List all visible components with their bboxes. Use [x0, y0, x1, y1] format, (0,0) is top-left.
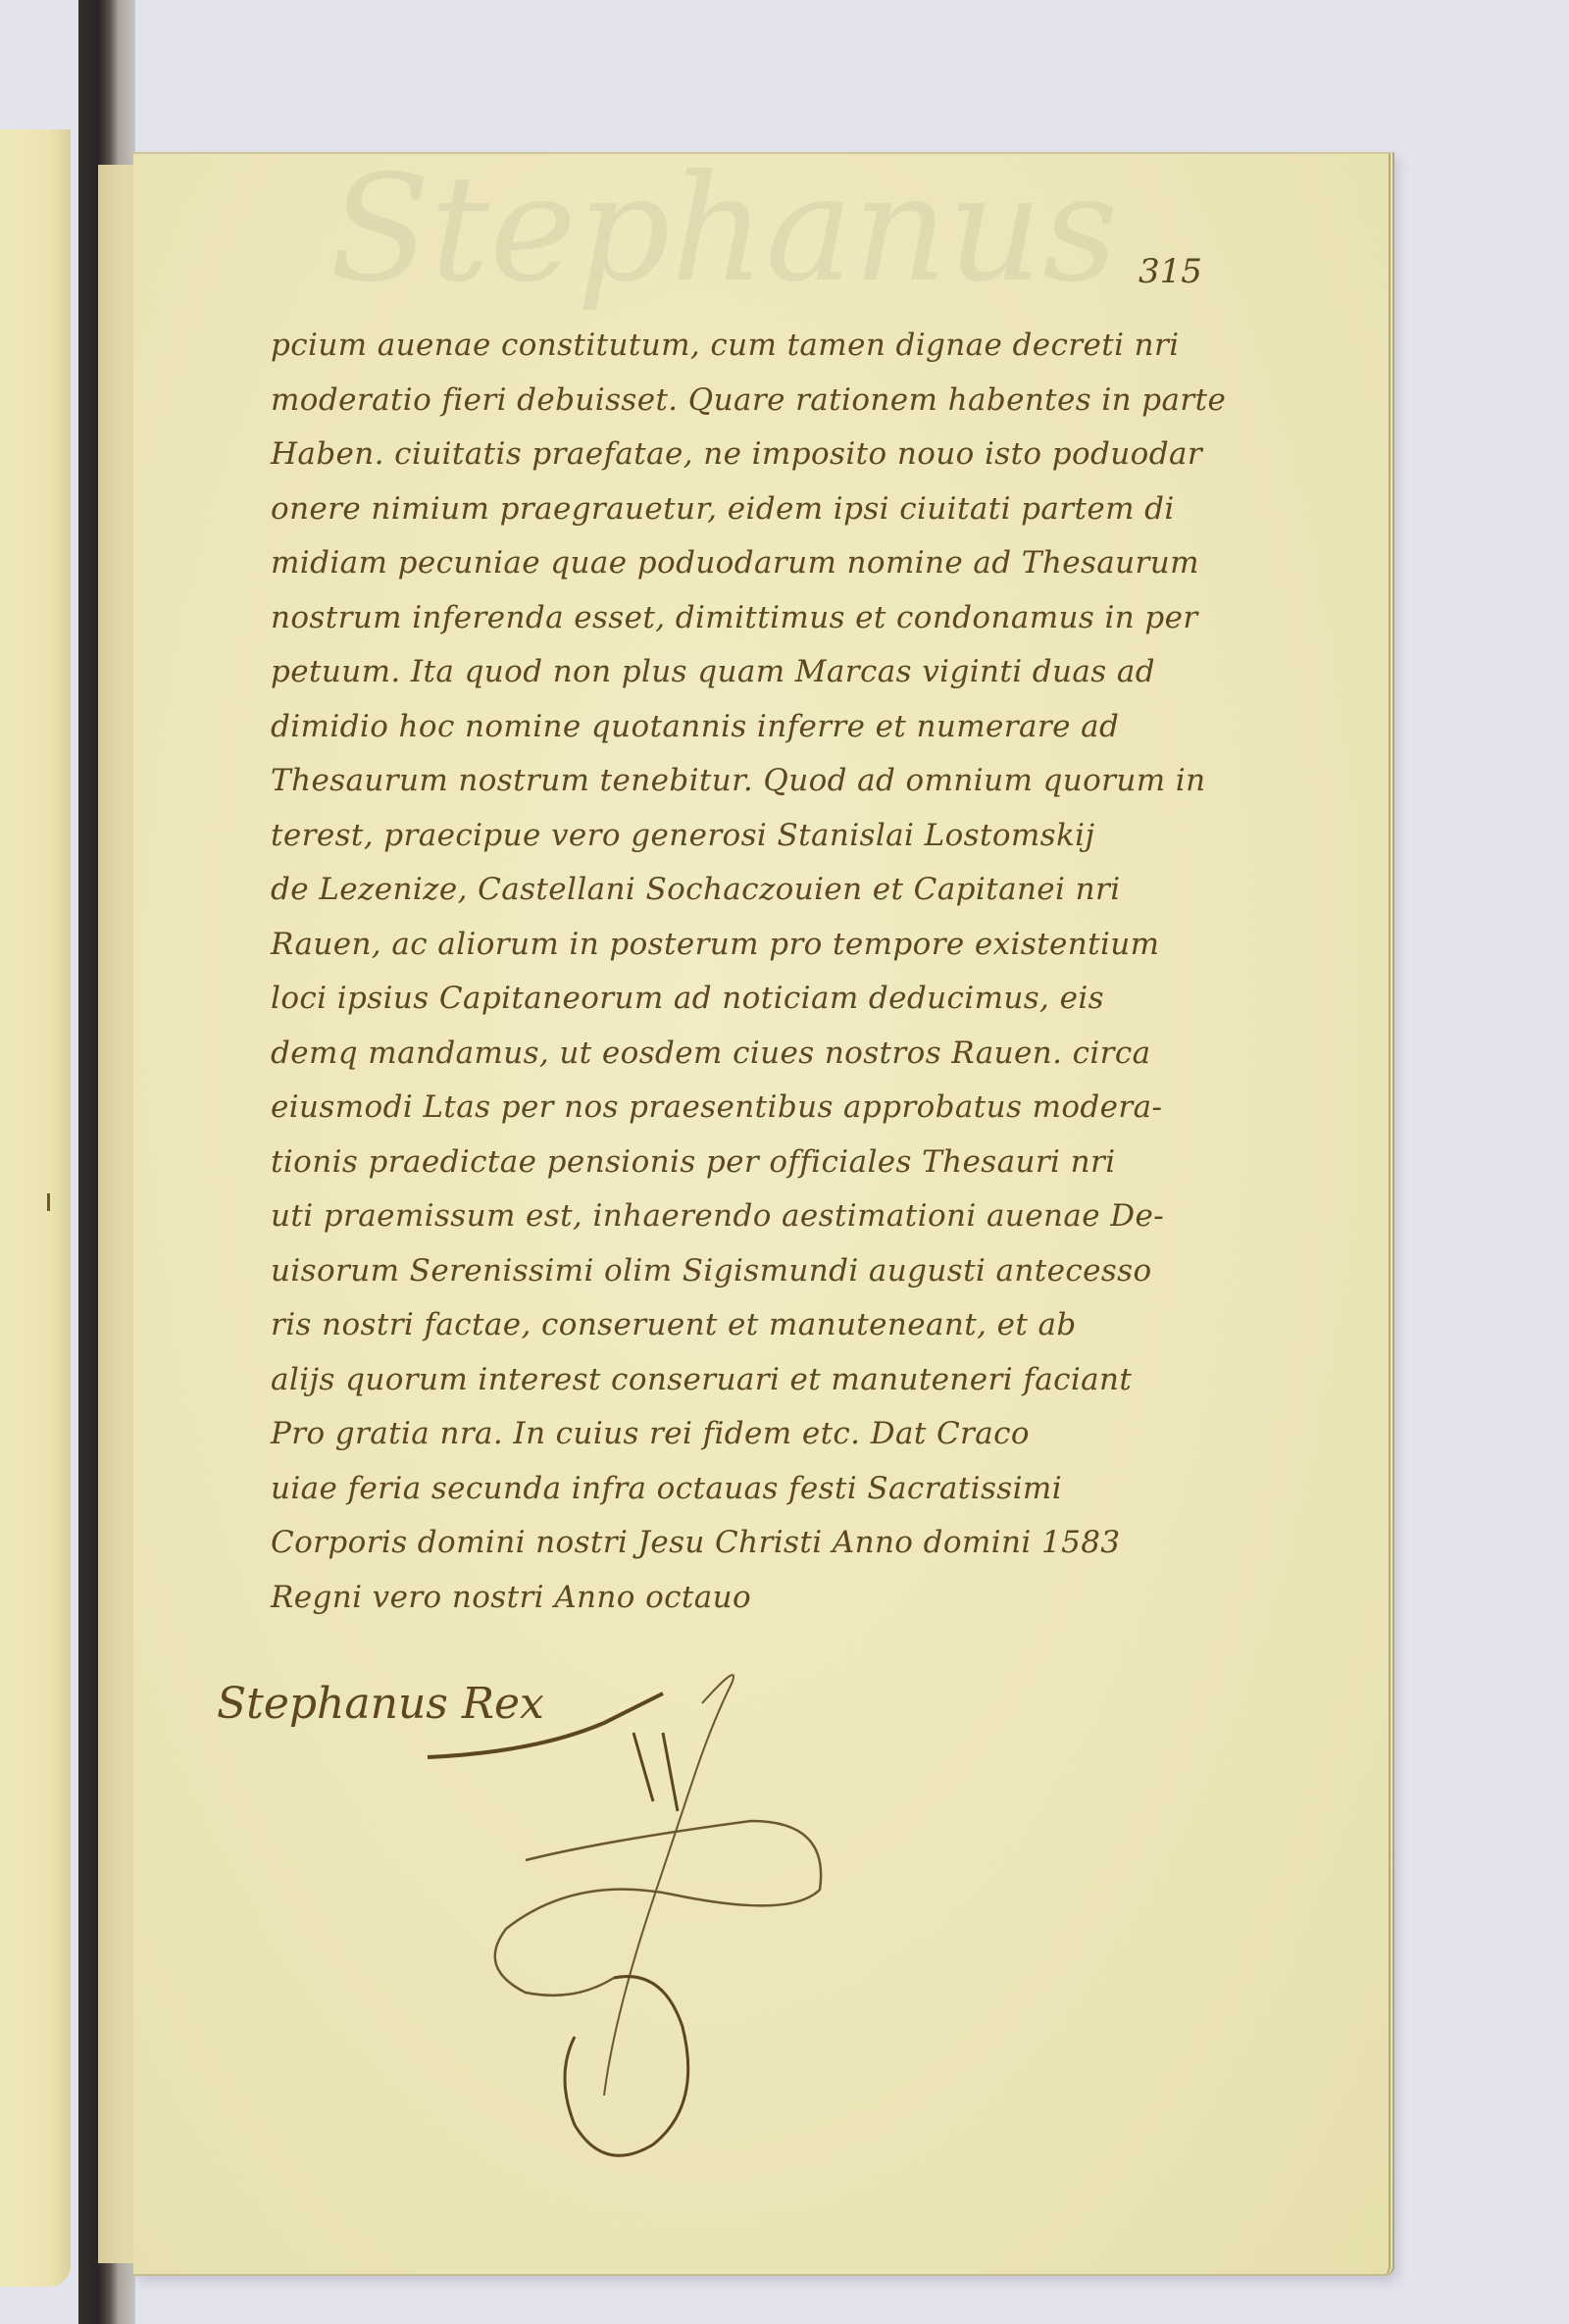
left-page-edge	[0, 129, 71, 2287]
text-line: Corporis domini nostri Jesu Christi Anno…	[271, 1516, 1300, 1571]
text-line: eiusmodi Ltas per nos praesentibus appro…	[271, 1081, 1300, 1136]
text-line: Thesaurum nostrum tenebitur. Quod ad omn…	[271, 754, 1300, 809]
text-line: tionis praedictae pensionis per official…	[271, 1136, 1300, 1190]
text-line: loci ipsius Capitaneorum ad noticiam ded…	[271, 972, 1300, 1027]
text-line: Rauen, ac aliorum in posterum pro tempor…	[271, 918, 1300, 973]
text-line: midiam pecuniae quae poduodarum nomine a…	[271, 536, 1300, 591]
text-line: demq mandamus, ut eosdem ciues nostros R…	[271, 1027, 1300, 1082]
manuscript-page: Stephanus 315 pcium auenae constitutum, …	[133, 152, 1394, 2276]
manuscript-text: pcium auenae constitutum, cum tamen dign…	[271, 319, 1300, 1625]
text-line: uisorum Serenissimi olim Sigismundi augu…	[271, 1244, 1300, 1299]
text-line: petuum. Ita quod non plus quam Marcas vi…	[271, 645, 1300, 700]
binding-gutter	[98, 165, 135, 2263]
text-line: Regni vero nostri Anno octauo	[271, 1571, 1300, 1626]
text-line: dimidio hoc nomine quotannis inferre et …	[271, 700, 1300, 755]
bleed-through-text: Stephanus	[329, 144, 1118, 315]
text-line: ris nostri factae, conseruent et manuten…	[271, 1298, 1300, 1353]
text-line: uiae feria secunda infra octauas festi S…	[271, 1462, 1300, 1517]
text-line: terest, praecipue vero generosi Stanisla…	[271, 809, 1300, 864]
signature-flourish-icon	[280, 1664, 967, 2213]
page-number: 315	[1139, 252, 1202, 291]
text-line: alijs quorum interest conseruari et manu…	[271, 1353, 1300, 1408]
text-line: pcium auenae constitutum, cum tamen dign…	[271, 319, 1300, 374]
margin-mark	[47, 1193, 50, 1211]
text-line: Pro gratia nra. In cuius rei fidem etc. …	[271, 1407, 1300, 1462]
text-line: Haben. ciuitatis praefatae, ne imposito …	[271, 428, 1300, 482]
text-line: uti praemissum est, inhaerendo aestimati…	[271, 1189, 1300, 1244]
text-line: nostrum inferenda esset, dimittimus et c…	[271, 591, 1300, 646]
text-line: onere nimium praegrauetur, eidem ipsi ci…	[271, 482, 1300, 537]
text-line: moderatio fieri debuisset. Quare ratione…	[271, 374, 1300, 429]
text-line: de Lezenize, Castellani Sochaczouien et …	[271, 863, 1300, 918]
